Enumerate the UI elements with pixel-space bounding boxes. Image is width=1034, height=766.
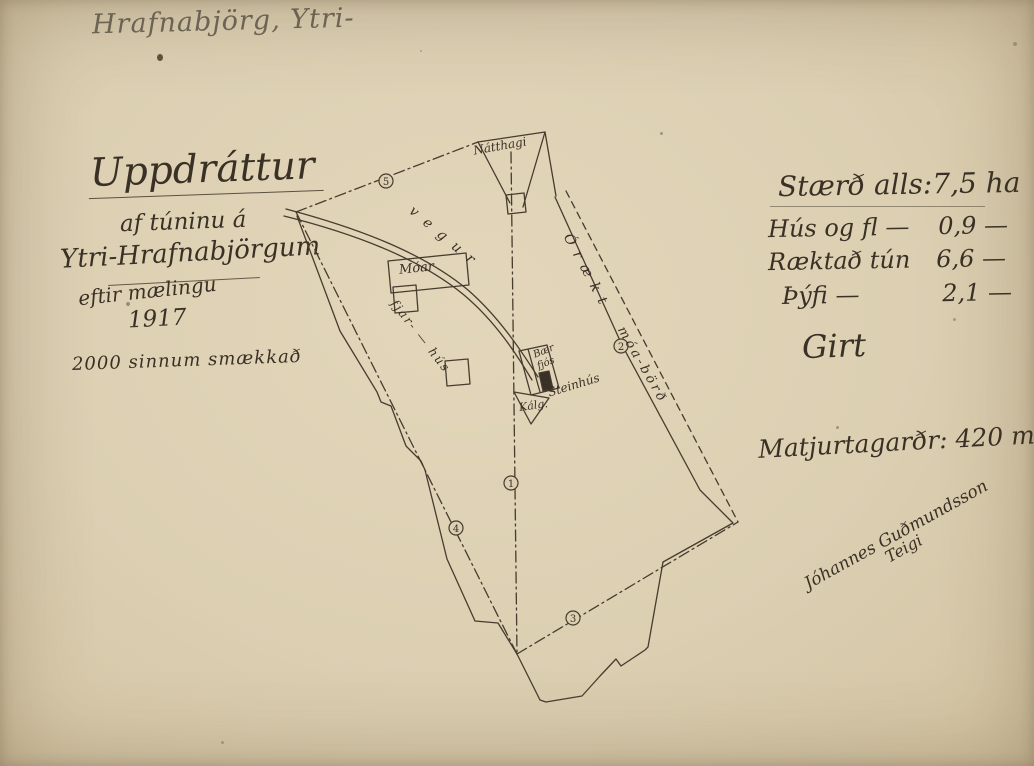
- scanned-survey-sheet: 5 2 1 4 3 Hrafnabjörg, Ytri- Uppdráttur …: [0, 0, 1034, 766]
- svg-text:4: 4: [453, 524, 459, 535]
- station-1: 1: [504, 476, 518, 490]
- svg-text:1: 1: [508, 479, 514, 490]
- road-vegur: [284, 209, 538, 380]
- station-3: 3: [566, 611, 580, 625]
- survey-stations: 5 2 1 4 3: [379, 174, 628, 625]
- station-5: 5: [379, 174, 393, 188]
- station-4: 4: [449, 521, 463, 535]
- svg-text:3: 3: [570, 614, 576, 625]
- outer-dashed-boundary: [566, 191, 738, 522]
- svg-text:5: 5: [383, 177, 389, 188]
- survey-map-drawing: 5 2 1 4 3: [0, 0, 1034, 766]
